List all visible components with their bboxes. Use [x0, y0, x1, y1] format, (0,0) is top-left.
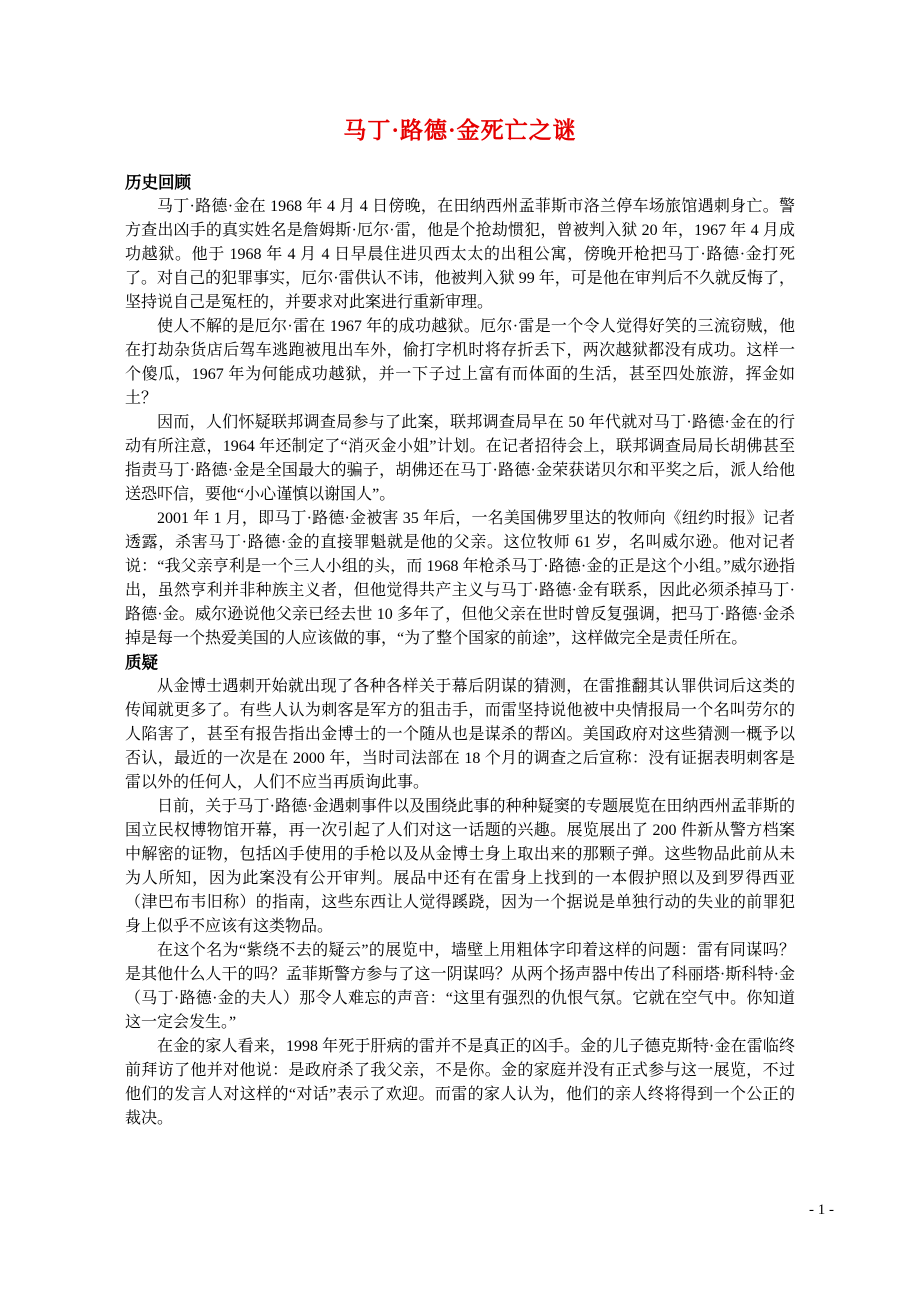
document-title: 马丁·路德·金死亡之谜: [125, 112, 795, 145]
paragraph: 在这个名为“紫绕不去的疑云”的展览中，墙壁上用粗体字印着这样的问题：雷有同谋吗？…: [125, 939, 795, 1035]
section-heading-doubts: 质疑: [125, 651, 795, 675]
paragraph: 因而，人们怀疑联邦调查局参与了此案，联邦调查局早在 50 年代就对马丁·路德·金…: [125, 411, 795, 507]
paragraph: 使人不解的是厄尔·雷在 1967 年的成功越狱。厄尔·雷是一个令人觉得好笑的三流…: [125, 315, 795, 411]
document-page: 马丁·路德·金死亡之谜 历史回顾 马丁·路德·金在 1968 年 4 月 4 日…: [0, 0, 920, 1302]
page-number: - 1 -: [809, 1202, 834, 1219]
paragraph: 日前，关于马丁·路德·金遇刺事件以及围绕此事的种种疑窦的专题展览在田纳西州孟菲斯…: [125, 795, 795, 939]
paragraph: 马丁·路德·金在 1968 年 4 月 4 日傍晚，在田纳西州孟菲斯市洛兰停车场…: [125, 195, 795, 315]
section-history-review: 历史回顾 马丁·路德·金在 1968 年 4 月 4 日傍晚，在田纳西州孟菲斯市…: [125, 171, 795, 651]
paragraph: 从金博士遇刺开始就出现了各种各样关于幕后阴谋的猜测，在雷推翻其认罪供词后这类的传…: [125, 675, 795, 795]
section-doubts: 质疑 从金博士遇刺开始就出现了各种各样关于幕后阴谋的猜测，在雷推翻其认罪供词后这…: [125, 651, 795, 1131]
section-heading-history: 历史回顾: [125, 171, 795, 195]
paragraph: 2001 年 1 月，即马丁·路德·金被害 35 年后，一名美国佛罗里达的牧师向…: [125, 507, 795, 651]
paragraph: 在金的家人看来，1998 年死于肝病的雷并不是真正的凶手。金的儿子德克斯特·金在…: [125, 1035, 795, 1131]
